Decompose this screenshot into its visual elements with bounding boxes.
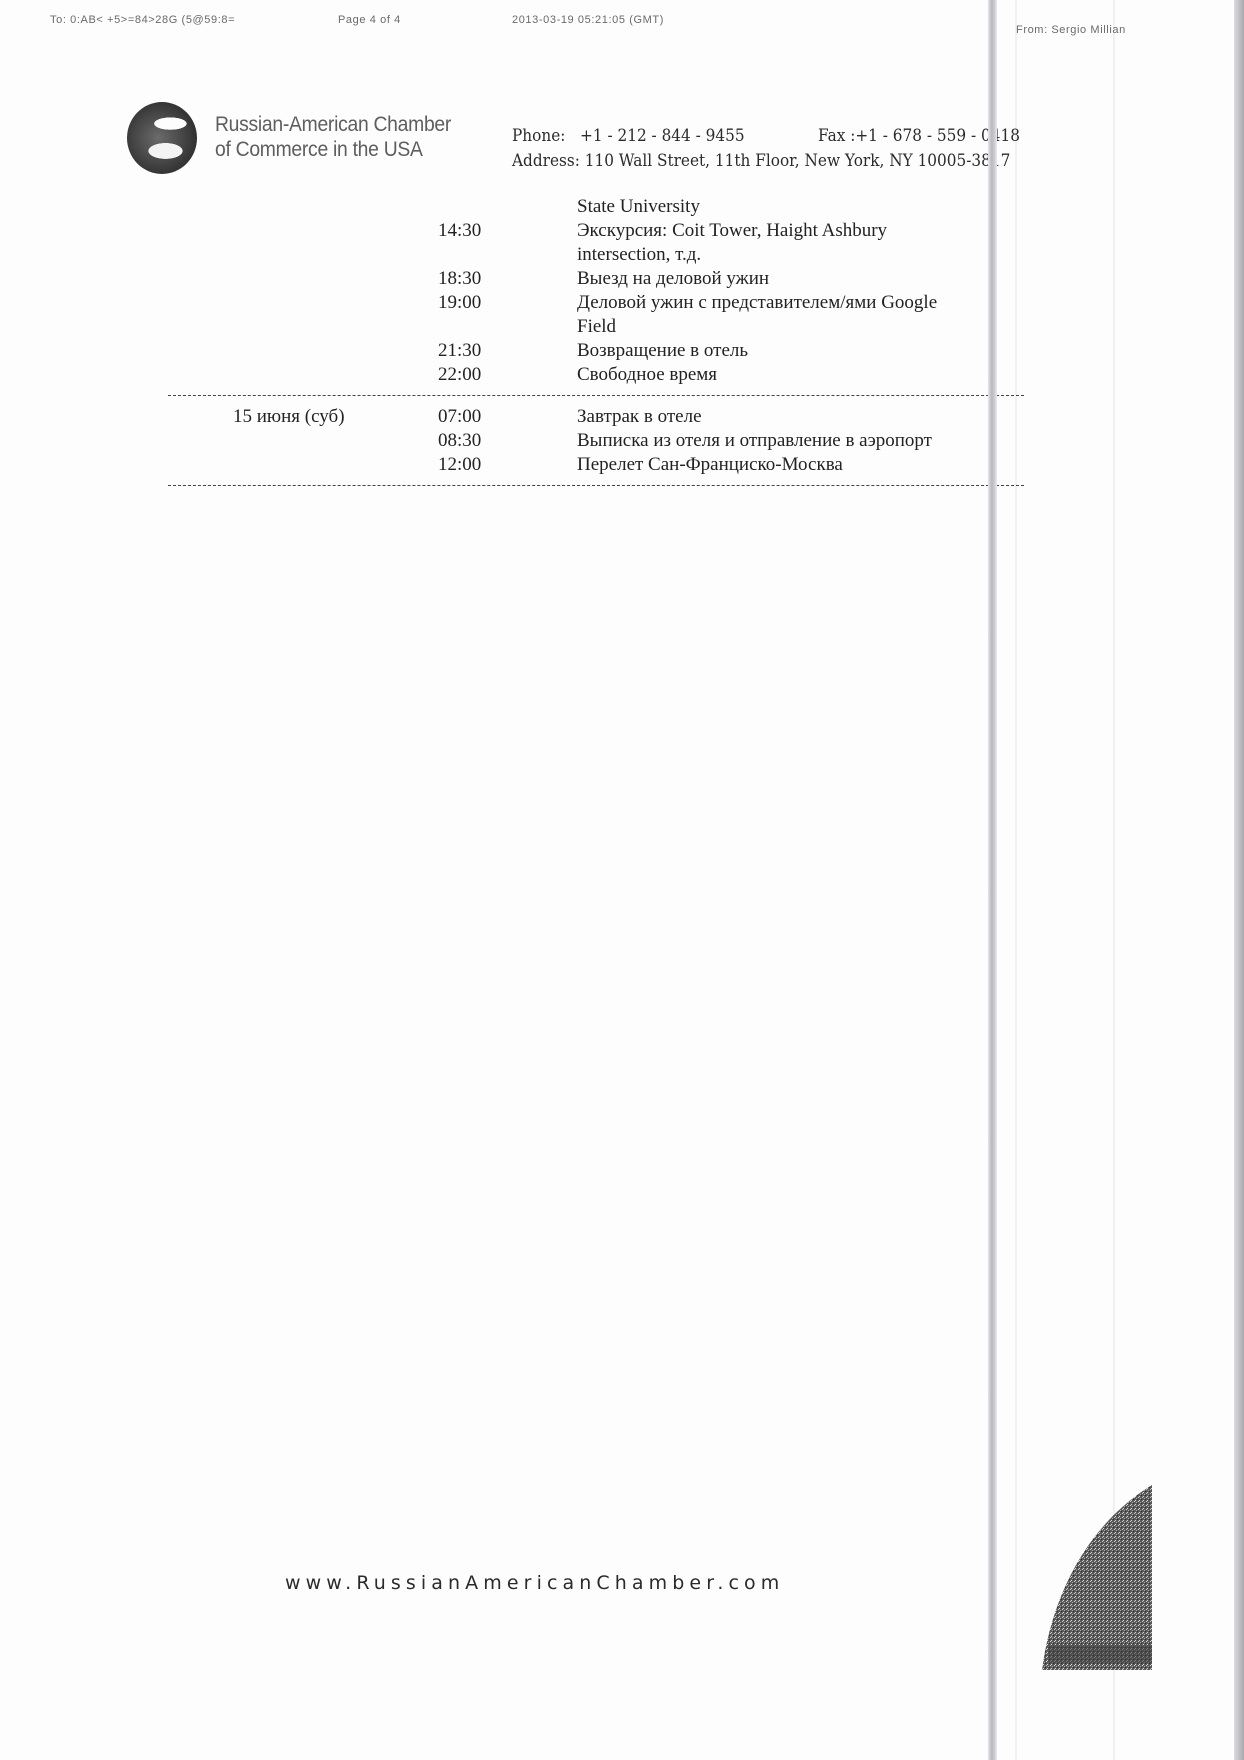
org-name-line1: Russian-American Chamber bbox=[215, 112, 451, 137]
organization-name: Russian-American Chamber of Commerce in … bbox=[215, 112, 451, 162]
fax-number: +1 - 678 - 559 - 0418 bbox=[855, 126, 1020, 146]
fax-label: Fax : bbox=[818, 126, 855, 146]
address: 110 Wall Street, 11th Floor, New York, N… bbox=[585, 151, 1011, 171]
schedule-entry: 18:30Выезд на деловой ужин bbox=[168, 267, 1024, 291]
schedule-entry: Field bbox=[168, 315, 1024, 339]
schedule-time: 19:00 bbox=[438, 291, 481, 315]
schedule-entry: 19:00Деловой ужин с представителем/ями G… bbox=[168, 291, 1024, 315]
schedule-entry: 15 июня (суб)07:00Завтрак в отеле bbox=[168, 405, 1024, 429]
schedule-entry: 21:30Возвращение в отель bbox=[168, 339, 1024, 363]
fax-to: To: 0:AB< +5>=84>28G (5@59:8= bbox=[50, 14, 235, 26]
fax-transmission-header: To: 0:AB< +5>=84>28G (5@59:8= Page 4 of … bbox=[0, 14, 1244, 34]
schedule-date: 15 июня (суб) bbox=[233, 405, 345, 429]
chamber-logo-icon bbox=[127, 102, 197, 174]
fax-from: From: Sergio Millian bbox=[1016, 24, 1126, 36]
row-divider bbox=[168, 395, 1024, 396]
schedule-time: 18:30 bbox=[438, 267, 481, 291]
schedule-entry: 08:30Выписка из отеля и отправление в аэ… bbox=[168, 429, 1024, 453]
fax-datetime: 2013-03-19 05:21:05 (GMT) bbox=[512, 14, 664, 26]
schedule-description: Экскурсия: Coit Tower, Haight Ashbury bbox=[577, 219, 887, 243]
schedule-time: 12:00 bbox=[438, 453, 481, 477]
schedule-entry: 14:30Экскурсия: Coit Tower, Haight Ashbu… bbox=[168, 219, 1024, 243]
schedule-description: intersection, т.д. bbox=[577, 243, 701, 267]
schedule-entry: intersection, т.д. bbox=[168, 243, 1024, 267]
schedule-time: 07:00 bbox=[438, 405, 481, 429]
schedule-entry: 12:00Перелет Сан-Франциско-Москва bbox=[168, 453, 1024, 477]
contact-block: Phone: +1 - 212 - 844 - 9455 Fax :+1 - 6… bbox=[512, 124, 1010, 174]
address-label: Address: bbox=[512, 151, 580, 171]
schedule-description: Деловой ужин с представителем/ями Google bbox=[577, 291, 937, 315]
schedule-description: Перелет Сан-Франциско-Москва bbox=[577, 453, 843, 477]
row-divider bbox=[168, 485, 1024, 486]
schedule-description: Выезд на деловой ужин bbox=[577, 267, 769, 291]
schedule-description: Свободное время bbox=[577, 363, 717, 387]
schedule-time: 14:30 bbox=[438, 219, 481, 243]
website-url: www.RussianAmericanChamber.com bbox=[285, 1572, 784, 1594]
phone-label: Phone: bbox=[512, 126, 565, 146]
schedule-description: State University bbox=[577, 195, 700, 219]
itinerary-schedule: State University14:30Экскурсия: Coit Tow… bbox=[168, 195, 1024, 495]
schedule-time: 08:30 bbox=[438, 429, 481, 453]
schedule-time: 22:00 bbox=[438, 363, 481, 387]
schedule-entry: 22:00Свободное время bbox=[168, 363, 1024, 387]
schedule-description: Field bbox=[577, 315, 616, 339]
schedule-description: Завтрак в отеле bbox=[577, 405, 702, 429]
schedule-entry: State University bbox=[168, 195, 1024, 219]
phone-number: +1 - 212 - 844 - 9455 bbox=[580, 126, 745, 146]
page-edge-shadow bbox=[1234, 0, 1244, 1760]
sail-wedge-graphic-icon bbox=[1042, 1485, 1154, 1672]
schedule-time: 21:30 bbox=[438, 339, 481, 363]
schedule-description: Выписка из отеля и отправление в аэропор… bbox=[577, 429, 932, 453]
org-name-line2: of Commerce in the USA bbox=[215, 137, 451, 162]
schedule-description: Возвращение в отель bbox=[577, 339, 748, 363]
fax-page-number: Page 4 of 4 bbox=[338, 14, 401, 26]
